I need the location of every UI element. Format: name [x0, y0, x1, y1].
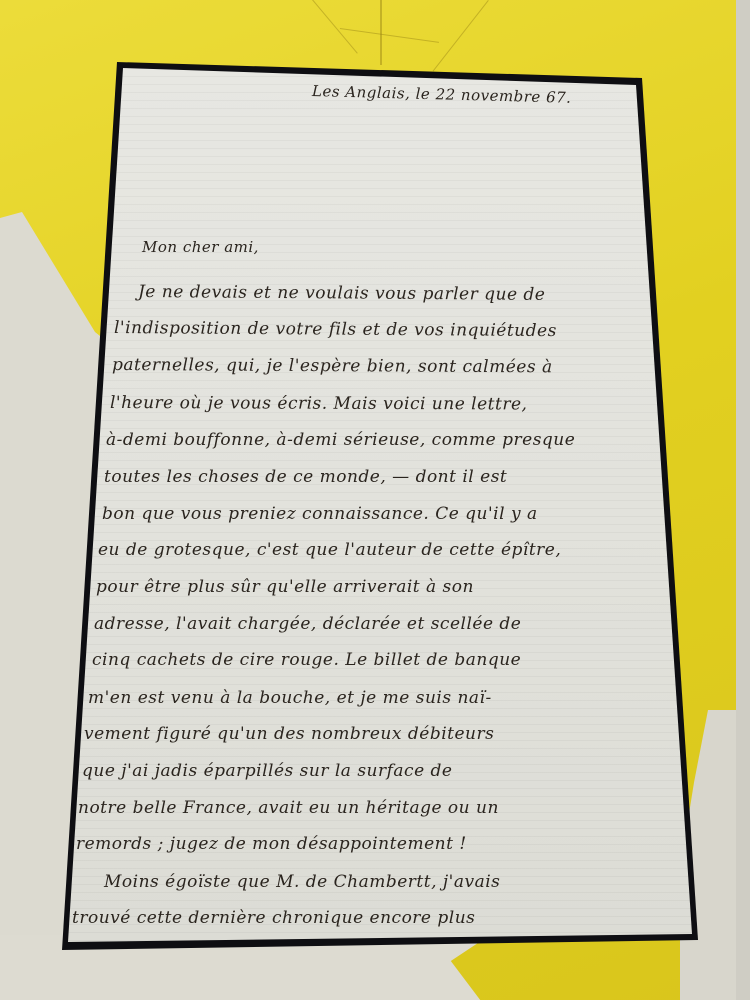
body-line: eu de grotesque, c'est que l'auteur de c… — [98, 540, 561, 560]
body-line: toutes les choses de ce monde, — dont il… — [104, 467, 507, 487]
body-line: à-demi bouffonne, à-demi sérieuse, comme… — [106, 430, 575, 450]
body-line: bon que vous preniez connaissance. Ce qu… — [102, 504, 538, 524]
body-line: trouvé cette dernière chronique encore p… — [72, 908, 475, 928]
body-line: Moins égoïste que M. de Chambertt, j'ava… — [104, 872, 500, 892]
body-line: l'heure où je vous écris. Mais voici une… — [110, 393, 528, 414]
body-line: l'indisposition de votre fils et de vos … — [114, 318, 557, 341]
body-line: Je ne devais et ne voulais vous parler q… — [138, 282, 546, 305]
body-line: cinq cachets de cire rouge. Le billet de… — [92, 650, 521, 670]
body-line: paternelles, qui, je l'espère bien, sont… — [112, 355, 553, 377]
body-line: adresse, l'avait chargée, déclarée et sc… — [94, 614, 521, 634]
body-line: m'en est venu à la bouche, et je me suis… — [88, 688, 492, 708]
body-line: remords ; jugez de mon désappointement ! — [76, 834, 467, 854]
salutation: Mon cher ami, — [142, 238, 259, 256]
body-line: notre belle France, avait eu un héritage… — [78, 798, 499, 818]
letter-text: Les Anglais, le 22 novembre 67. Mon cher… — [0, 0, 750, 1000]
dateline: Les Anglais, le 22 novembre 67. — [312, 82, 572, 107]
body-line: vement figuré qu'un des nombreux débiteu… — [84, 724, 494, 744]
body-line: que j'ai jadis éparpillés sur la surface… — [82, 761, 453, 781]
body-line: pour être plus sûr qu'elle arriverait à … — [96, 577, 474, 597]
